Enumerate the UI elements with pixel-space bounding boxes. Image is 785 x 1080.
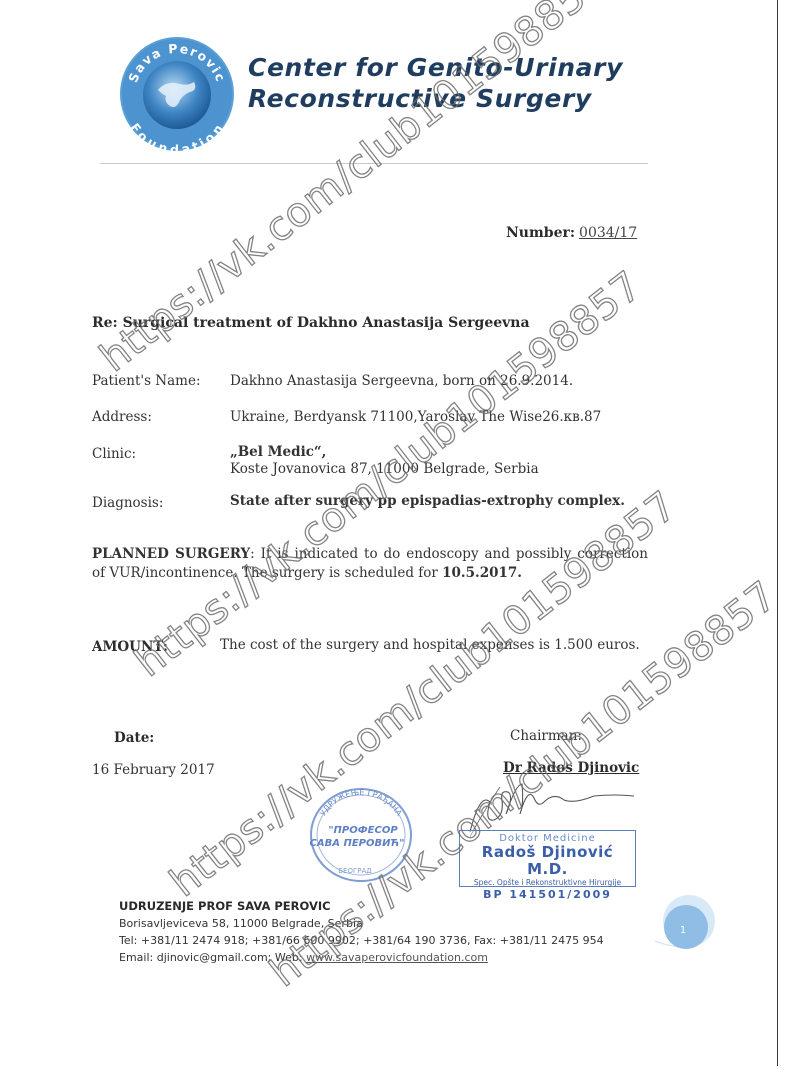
amount-text: The cost of the surgery and hospital exp… [220,637,640,653]
diagnosis-value: State after surgery pp epispadias-extrop… [230,493,625,509]
footer-email-web: Email: djinovic@gmail.com; Web: www.sava… [119,949,604,966]
stamp-name: Radoš Djinović M.D. [460,844,635,878]
date-value: 16 February 2017 [92,762,215,778]
stamp-specialty: Spec. Opšte i Rekonstruktivne Hirurgije [460,878,635,888]
address-label: Address: [92,409,152,425]
clinic-name: „Bel Medic“, [230,444,326,460]
surgery-date: 10.5.2017. [442,565,522,581]
reference-label: Number: [506,225,575,241]
reference-number: Number:0034/17 [506,225,637,241]
planned-surgery-label: PLANNED SURGERY [92,546,250,562]
svg-text:"ПРОФЕСОР: "ПРОФЕСОР [328,825,398,836]
svg-text:САВА ПЕРОВИЋ": САВА ПЕРОВИЋ" [310,838,405,849]
date-label: Date: [114,730,154,746]
page-number: 1 [676,925,690,936]
reference-value: 0034/17 [579,225,637,241]
diagnosis-label: Diagnosis: [92,495,163,511]
foundation-logo: Sava Perovic Foundation [118,35,236,153]
page-edge [777,0,778,1066]
svg-text:БЕОГРАД: БЕОГРАД [338,867,372,875]
patient-name-label: Patient's Name: [92,373,201,389]
clinic-label: Clinic: [92,446,136,462]
